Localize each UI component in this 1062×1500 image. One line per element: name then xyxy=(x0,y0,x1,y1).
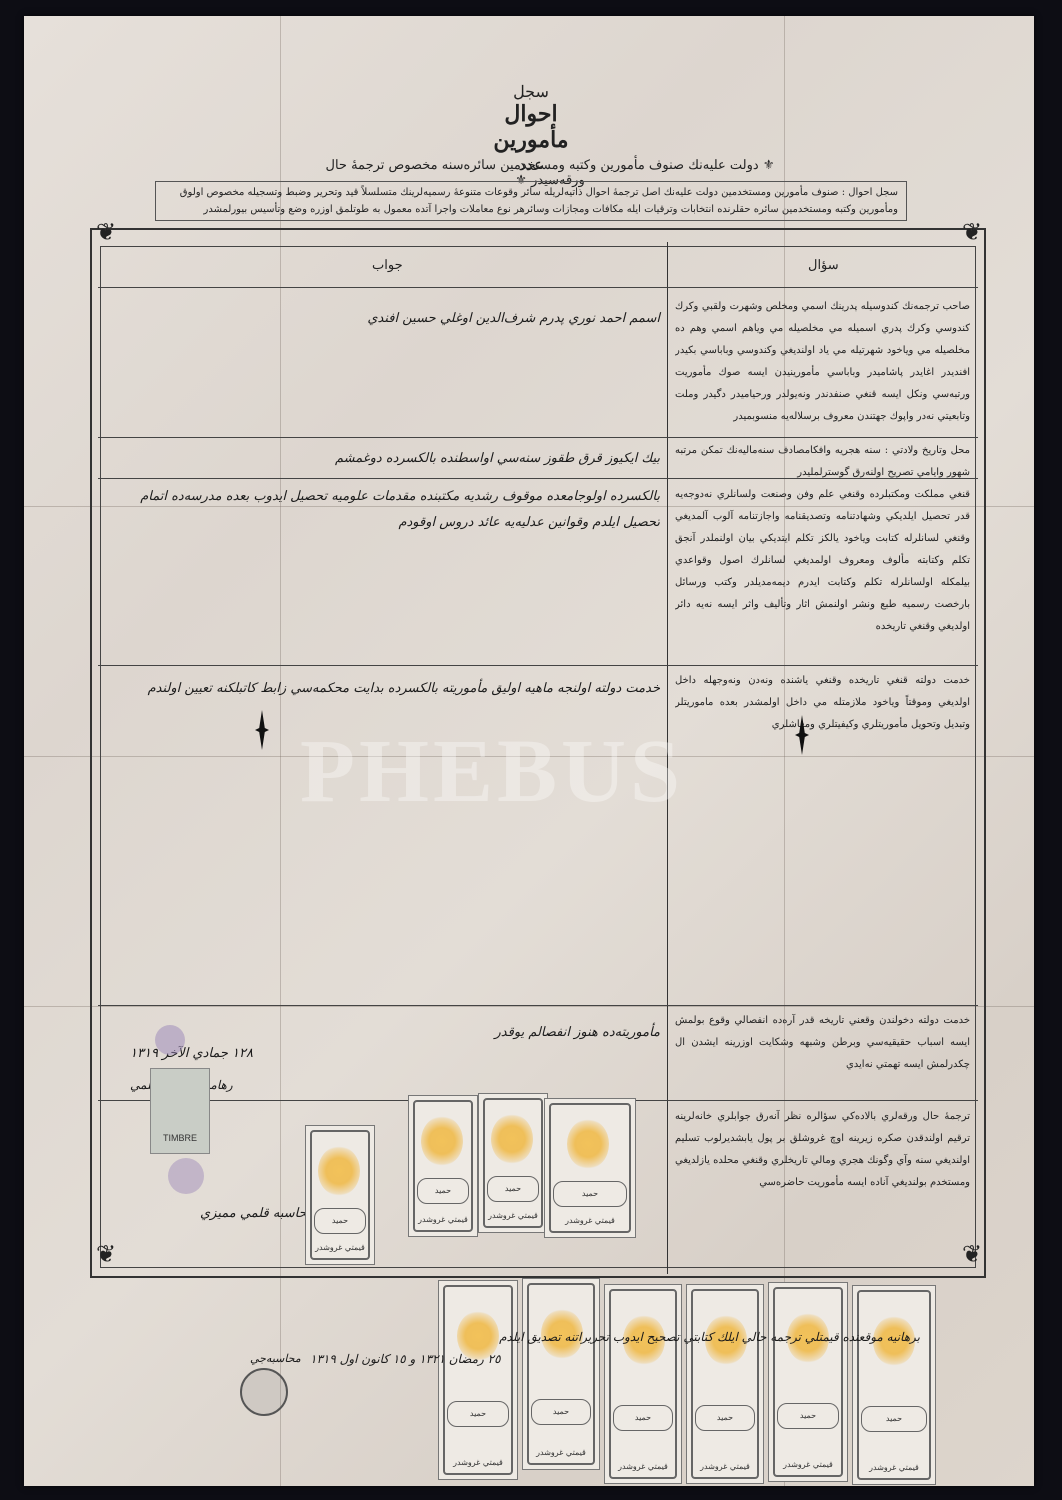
stamp-cartouche: حميد xyxy=(487,1176,539,1202)
ornament-icon: ⚜ xyxy=(759,158,775,173)
revenue-stamp: حميد قيمتي غروشدر xyxy=(852,1285,936,1485)
revenue-stamp: حميد قيمتي غروشدر xyxy=(478,1093,548,1233)
revenue-stamp: حميد قيمتي غروشدر xyxy=(438,1280,518,1480)
revenue-stamp: حميد قيمتي غروشدر xyxy=(305,1125,375,1265)
corner-ornament-icon: ❦ xyxy=(952,222,992,262)
stamp-cartouche: حميد xyxy=(613,1405,673,1431)
stamp-cartouche: حميد xyxy=(695,1405,755,1431)
stamp-value-label: قيمتي غروشدر xyxy=(611,1462,675,1471)
stamp-cartouche: حميد xyxy=(531,1399,591,1425)
ottoman-emblem-icon xyxy=(421,1116,463,1166)
answer-cell: اسمم احمد نوري پدرم شرف‌الدين اوغلي حسين… xyxy=(110,306,660,332)
question-cell: قنغي مملكت ومكتبلرده وقنغي علم وفن وصنعت… xyxy=(675,484,970,664)
question-cell: محل وتاريخ ولادتي : سنه هجريه وافكامصادف… xyxy=(675,440,970,478)
row-divider xyxy=(98,287,978,288)
question-cell: صاحب ترجمه‌نك كندوسيله پدرينك اسمي ومخلص… xyxy=(675,296,970,436)
purple-seal xyxy=(168,1158,204,1194)
row-divider xyxy=(98,478,978,479)
bottom-signature: محاسبه‌جي xyxy=(250,1352,301,1365)
row-divider xyxy=(98,1005,978,1006)
intro-label: سجل احوال : xyxy=(842,187,898,198)
answer-cell: بالكسرده اولوجامعده موقوف رشديه مكتبنده … xyxy=(110,484,660,664)
question-cell: خدمت دولته دخولندن وقعني تاريخه قدر آره‌… xyxy=(675,1010,970,1098)
stamp-value-label: قيمتي غروشدر xyxy=(551,1216,629,1225)
stamp-value-label: قيمتي غروشدر xyxy=(775,1460,841,1469)
stamp-value-label: قيمتي غروشدر xyxy=(485,1211,541,1220)
purple-seal xyxy=(155,1025,185,1055)
stamp-value-label: قيمتي غروشدر xyxy=(312,1243,368,1252)
stamp-cartouche: حميد xyxy=(553,1181,627,1207)
stamp-cartouche: حميد xyxy=(314,1208,366,1234)
timbre-stamp: TIMBRE xyxy=(150,1068,210,1154)
stamp-value-label: قيمتي غروشدر xyxy=(445,1458,511,1467)
stamp-cartouche: حميد xyxy=(777,1403,839,1429)
question-cell: خدمت دولته قنغي تاريخده وقنغي ياشنده ونه… xyxy=(675,670,970,1004)
column-header-question: سؤال xyxy=(808,258,839,273)
revenue-stamp: حميد قيمتي غروشدر xyxy=(408,1095,478,1237)
ottoman-emblem-icon xyxy=(491,1114,533,1164)
corner-ornament-icon: ❦ xyxy=(86,222,126,262)
intro-box: سجل احوال : صنوف مأمورين ومستخدمين دولت … xyxy=(155,181,907,221)
revenue-stamp: حميد قيمتي غروشدر xyxy=(604,1284,682,1484)
watermark: PHEBUS xyxy=(300,720,684,823)
date-annotation: ١٢٨ جمادي الآخر ١٣١٩ xyxy=(130,1046,253,1061)
stamp-cartouche: حميد xyxy=(417,1178,469,1204)
ottoman-emblem-icon xyxy=(567,1119,609,1169)
intro-text: صنوف مأمورين ومستخدمين دولت عليه‌نك اصل … xyxy=(180,187,898,215)
answer-cell: مأموريته‌ده هنوز انفصالم يوقدر xyxy=(110,1020,660,1046)
row-divider xyxy=(98,437,978,438)
answer-cell: بيك ايكيوز قرق طقوز سنه‌سي اواسطنده بالك… xyxy=(110,446,660,472)
revenue-stamp: حميد قيمتي غروشدر xyxy=(768,1282,848,1482)
revenue-stamp: حميد قيمتي غروشدر xyxy=(544,1098,636,1238)
bottom-date: ٢٥ رمضان ١٣٢١ و ١٥ كانون اول ١٣١٩ xyxy=(310,1352,501,1366)
ottoman-emblem-icon xyxy=(318,1146,360,1196)
revenue-stamp: حميد قيمتي غروشدر xyxy=(686,1284,764,1484)
revenue-stamp: حميد قيمتي غروشدر xyxy=(522,1278,600,1470)
stamp-value-label: قيمتي غروشدر xyxy=(693,1462,757,1471)
tugra-line2: احوال مأمورين xyxy=(476,101,586,153)
tugra-line1: سجل xyxy=(476,82,586,101)
stamp-value-label: قيمتي غروشدر xyxy=(415,1215,471,1224)
stamp-cartouche: حميد xyxy=(861,1406,927,1432)
bottom-note: برهانيه موقعنده قيمتلي ترجمه‌ حالي ايلك … xyxy=(100,1330,920,1344)
official-seal xyxy=(240,1368,288,1416)
stamp-value-label: قيمتي غروشدر xyxy=(529,1448,593,1457)
row-divider xyxy=(98,665,978,666)
stamp-cartouche: حميد xyxy=(447,1401,509,1427)
column-header-answer: جواب xyxy=(372,258,403,273)
stamp-value-label: قيمتي غروشدر xyxy=(859,1463,929,1472)
timbre-label: TIMBRE xyxy=(151,1133,209,1143)
question-cell: ترجمهٔ حال ورقه‌لري بالاده‌كي سؤالره نظر… xyxy=(675,1106,970,1276)
corner-ornament-icon: ❦ xyxy=(86,1244,126,1284)
